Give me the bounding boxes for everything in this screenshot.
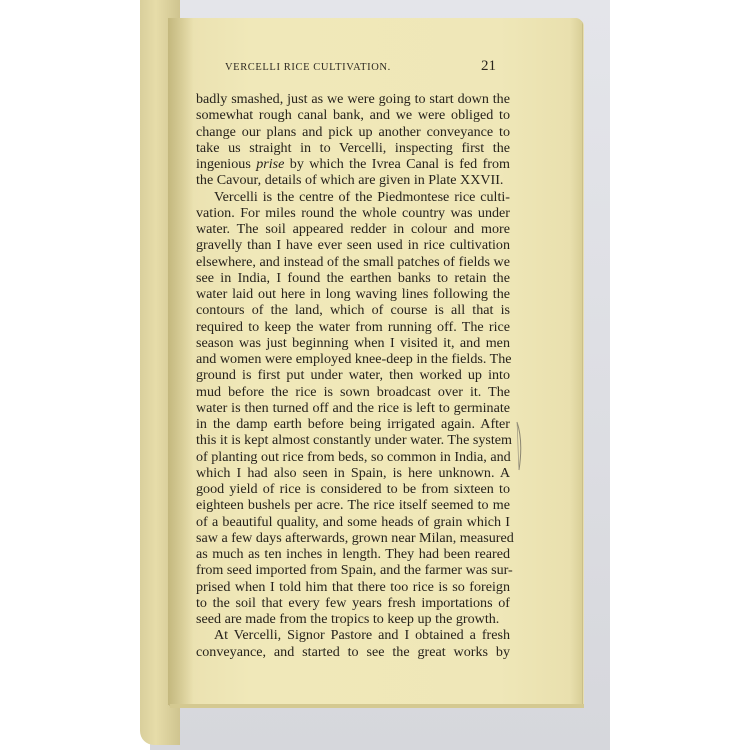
text-line: take us straight in to Vercelli, inspect… [196, 140, 510, 156]
text-line: water is then turned off and the rice is… [196, 400, 510, 416]
text-line: of planting out rice from beds, so commo… [196, 449, 510, 465]
text-line: as much as ten inches in length. They ha… [196, 546, 510, 562]
photo-scene: VERCELLI RICE CULTIVATION. 21 badly smas… [0, 0, 750, 750]
text-line: from seed imported from Spain, and the f… [196, 562, 510, 578]
pencil-margin-mark-icon [515, 420, 523, 472]
text-line: prised when I told him that there too ri… [196, 579, 510, 595]
text-line: At Vercelli, Signor Pastore and I obtain… [196, 627, 510, 643]
text-line: vation. For miles round the whole countr… [196, 205, 510, 221]
text-line: gravelly than I have ever seen used in r… [196, 237, 510, 253]
text-segment: by which the Ivrea Canal is fed from [284, 156, 510, 172]
page-bottom-edge [170, 704, 584, 708]
running-head: VERCELLI RICE CULTIVATION. [225, 62, 515, 73]
text-line: required to keep the water from running … [196, 319, 510, 335]
text-line: see in India, I found the earthen banks … [196, 270, 510, 286]
text-line: season was just beginning when I visited… [196, 335, 510, 351]
text-line: elsewhere, and instead of the small patc… [196, 254, 510, 270]
text-line: ground is first put under water, then wo… [196, 367, 510, 383]
text-line: saw a few days afterwards, grown near Mi… [196, 530, 510, 546]
text-line: contours of the land, which of course is… [196, 302, 510, 318]
text-line: of a beautiful quality, and some heads o… [196, 514, 510, 530]
text-line: seed are made from the tropics to keep u… [196, 611, 510, 627]
text-line: water laid out here in long waving lines… [196, 286, 510, 302]
page-number: 21 [481, 58, 496, 75]
text-line: conveyance, and started to see the great… [196, 644, 510, 660]
text-line: mud before the rice is sown broadcast ov… [196, 384, 510, 400]
text-line: ingenious prise by which the Ivrea Canal… [196, 156, 510, 172]
text-line: water. The soil appeared redder in colou… [196, 221, 510, 237]
text-line: change our plans and pick up another con… [196, 124, 510, 140]
text-line: somewhat rough canal bank, and we were o… [196, 107, 510, 123]
text-line: the Cavour, details of which are given i… [196, 172, 510, 188]
italic-word: prise [256, 156, 284, 172]
text-line: in the damp earth before being irrigated… [196, 416, 510, 432]
text-line: this it is kept almost constantly under … [196, 432, 510, 448]
text-line: eighteen bushels per acre. The rice itse… [196, 497, 510, 513]
text-line: to the soil that every few years fresh i… [196, 595, 510, 611]
text-line: good yield of rice is considered to be f… [196, 481, 510, 497]
text-line: and women were employed knee-deep in the… [196, 351, 510, 367]
body-text: badly smashed, just as we were going to … [196, 91, 510, 660]
text-line: badly smashed, just as we were going to … [196, 91, 510, 107]
text-line: which I had also seen in Spain, is here … [196, 465, 510, 481]
text-line: Vercelli is the centre of the Piedmontes… [196, 189, 510, 205]
text-segment: ingenious [196, 156, 256, 172]
